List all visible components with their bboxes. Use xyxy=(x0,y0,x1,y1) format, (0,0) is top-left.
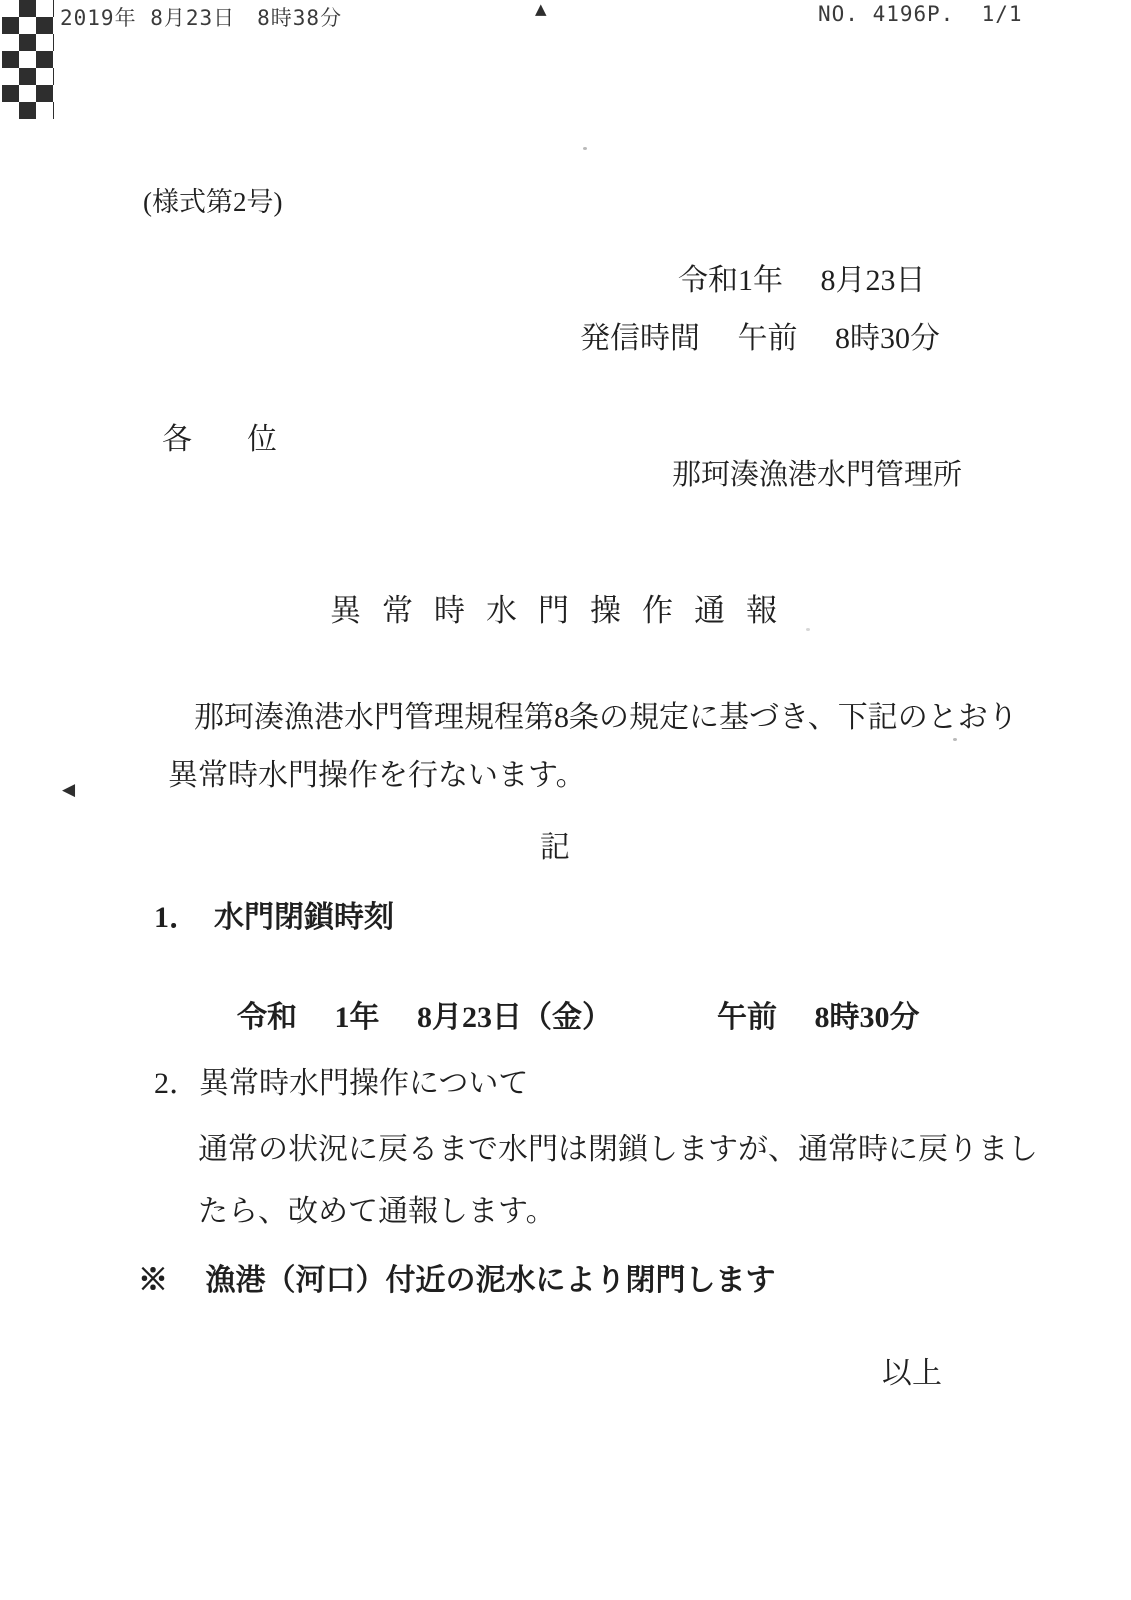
send-time-line: 発信時間 午前 8時30分 xyxy=(580,313,940,357)
fax-doc-number: NO. 4196 xyxy=(818,2,927,26)
document-date: 令和1年 8月23日 xyxy=(678,255,926,299)
closing-word: 以上 xyxy=(882,1348,942,1392)
section2-line2: たら、改めて通報します。 xyxy=(198,1186,556,1230)
fax-document-page: { "fax_header": { "datetime": "2019年 8月2… xyxy=(0,0,1131,1600)
note-line: ※ 漁港（河口）付近の泥水により閉門します xyxy=(138,1255,776,1299)
checker-pattern xyxy=(2,0,54,119)
fax-top-mark-icon: ▲ xyxy=(535,0,547,18)
section2-heading: 2．異常時水門操作について xyxy=(154,1058,528,1102)
section1-date: 令和 1年 8月23日（金） xyxy=(237,1001,612,1034)
fax-page-indicator: P. 1/1 xyxy=(927,2,1023,26)
scan-speckle xyxy=(583,147,587,150)
intro-line-2: 異常時水門操作を行ないます。 xyxy=(168,750,586,794)
left-margin-mark-icon: ◀ xyxy=(62,780,75,800)
addressee: 各位 xyxy=(147,380,277,458)
scan-speckle xyxy=(953,738,957,741)
record-marker: 記 xyxy=(540,822,570,866)
sender-name: 那珂湊漁港水門管理所 xyxy=(672,452,962,493)
intro-line-1: 那珂湊漁港水門管理規程第8条の規定に基づき、下記のとおり xyxy=(194,692,1018,736)
addressee-i: 位 xyxy=(247,423,277,456)
section1-heading: 1． 水門閉鎖時刻 xyxy=(154,892,394,936)
section2-line1: 通常の状況に戻るまで水門は閉鎖しますが、通常時に戻りまし xyxy=(198,1124,1038,1168)
scan-speckle xyxy=(806,628,810,631)
document-title: 異常時水門操作通報 xyxy=(330,585,798,630)
form-number: (様式第2号) xyxy=(143,180,282,219)
fax-header-datetime: 2019年 8月23日 8時38分 xyxy=(60,2,342,32)
addressee-kaku: 各 xyxy=(162,423,192,456)
section1-time: 午前 8時30分 xyxy=(717,1001,920,1034)
section1-value: 令和 1年 8月23日（金）午前 8時30分 xyxy=(222,958,920,1036)
